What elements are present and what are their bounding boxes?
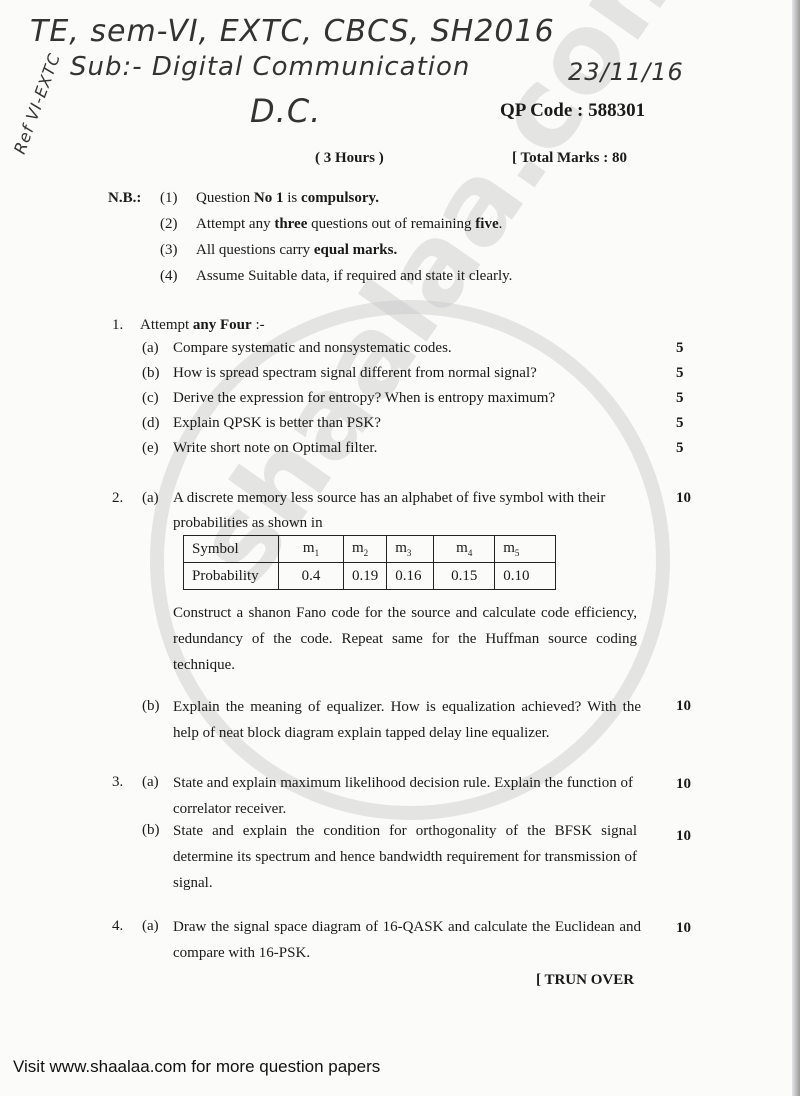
- q1-part-marks: 5: [676, 390, 684, 407]
- handwritten-margin-note: Ref VI-EXTC: [10, 50, 64, 156]
- q2a-marks: 10: [676, 490, 691, 507]
- instruction-number: (3): [160, 242, 178, 259]
- symbol-cell: m3: [387, 536, 434, 563]
- instruction-text: Attempt any three questions out of remai…: [196, 216, 502, 233]
- q3b-label: (b): [142, 822, 160, 839]
- handwritten-date: 23/11/16: [568, 58, 684, 86]
- q1-part-marks: 5: [676, 365, 684, 382]
- instruction-number: (4): [160, 268, 178, 285]
- q1-part-label: (e): [142, 440, 159, 457]
- q1-part-text: Explain QPSK is better than PSK?: [173, 415, 381, 432]
- q1-part-label: (c): [142, 390, 159, 407]
- footer-link[interactable]: Visit www.shaalaa.com for more question …: [13, 1057, 380, 1077]
- q1-part-text: How is spread spectram signal different …: [173, 365, 537, 382]
- q2-number: 2.: [112, 490, 123, 507]
- q1-part-marks: 5: [676, 440, 684, 457]
- handwritten-abbrev: D.C.: [250, 92, 321, 130]
- q1-part-text: Derive the expression for entropy? When …: [173, 390, 555, 407]
- q2b-text: Explain the meaning of equalizer. How is…: [173, 694, 641, 746]
- q2b-marks: 10: [676, 698, 691, 715]
- q3b-text: State and explain the condition for orth…: [173, 818, 637, 896]
- q4a-text: Draw the signal space diagram of 16-QASK…: [173, 914, 641, 966]
- q1-number: 1.: [112, 317, 123, 334]
- q1-part-marks: 5: [676, 340, 684, 357]
- symbol-cell: m2: [344, 536, 387, 563]
- table-row-probabilities: Probability 0.4 0.19 0.16 0.15 0.10: [184, 563, 556, 590]
- q1-part-label: (d): [142, 415, 160, 432]
- probability-cell: 0.16: [387, 563, 434, 590]
- q1-title: Attempt any Four :-: [140, 317, 265, 334]
- q4a-label: (a): [142, 918, 159, 935]
- q1-part-marks: 5: [676, 415, 684, 432]
- instruction-number: (1): [160, 190, 178, 207]
- row-header-symbol: Symbol: [184, 536, 279, 563]
- exam-duration: ( 3 Hours ): [315, 150, 384, 167]
- q3a-marks: 10: [676, 776, 691, 793]
- probability-cell: 0.10: [495, 563, 556, 590]
- q3a-label: (a): [142, 774, 159, 791]
- q1-part-text: Compare systematic and nonsystematic cod…: [173, 340, 452, 357]
- q1-part-label: (b): [142, 365, 160, 382]
- q2a-text-line1: A discrete memory less source has an alp…: [173, 490, 605, 507]
- qp-code: QP Code : 588301: [500, 100, 645, 122]
- q2b-label: (b): [142, 698, 160, 715]
- q2a-text-line2: probabilities as shown in: [173, 515, 323, 532]
- probability-cell: 0.15: [434, 563, 495, 590]
- q4-number: 4.: [112, 918, 123, 935]
- symbol-cell: m4: [434, 536, 495, 563]
- instruction-text: All questions carry equal marks.: [196, 242, 397, 259]
- handwritten-subject-line: Sub:- Digital Communication: [70, 52, 470, 82]
- nb-label: N.B.:: [108, 190, 141, 207]
- turn-over-note: [ TRUN OVER: [536, 972, 634, 989]
- symbol-cell: m1: [279, 536, 344, 563]
- q3b-marks: 10: [676, 828, 691, 845]
- q1-part-label: (a): [142, 340, 159, 357]
- q3-number: 3.: [112, 774, 123, 791]
- symbol-cell: m5: [495, 536, 556, 563]
- probability-table: Symbol m1 m2 m3 m4 m5 Probability 0.4 0.…: [183, 535, 556, 590]
- q1-part-text: Write short note on Optimal filter.: [173, 440, 377, 457]
- instruction-text: Question No 1 is compulsory.: [196, 190, 379, 207]
- page-edge-shadow: [792, 0, 800, 1096]
- handwritten-course-line: TE, sem-VI, EXTC, CBCS, SH2016: [30, 14, 555, 49]
- instruction-text: Assume Suitable data, if required and st…: [196, 268, 512, 285]
- q3a-text: State and explain maximum likelihood dec…: [173, 770, 633, 822]
- table-row-symbols: Symbol m1 m2 m3 m4 m5: [184, 536, 556, 563]
- probability-cell: 0.19: [344, 563, 387, 590]
- q2a-continuation: Construct a shanon Fano code for the sou…: [173, 600, 637, 678]
- probability-cell: 0.4: [279, 563, 344, 590]
- row-header-probability: Probability: [184, 563, 279, 590]
- q2a-label: (a): [142, 490, 159, 507]
- instruction-number: (2): [160, 216, 178, 233]
- q4a-marks: 10: [676, 920, 691, 937]
- total-marks: [ Total Marks : 80: [512, 150, 627, 167]
